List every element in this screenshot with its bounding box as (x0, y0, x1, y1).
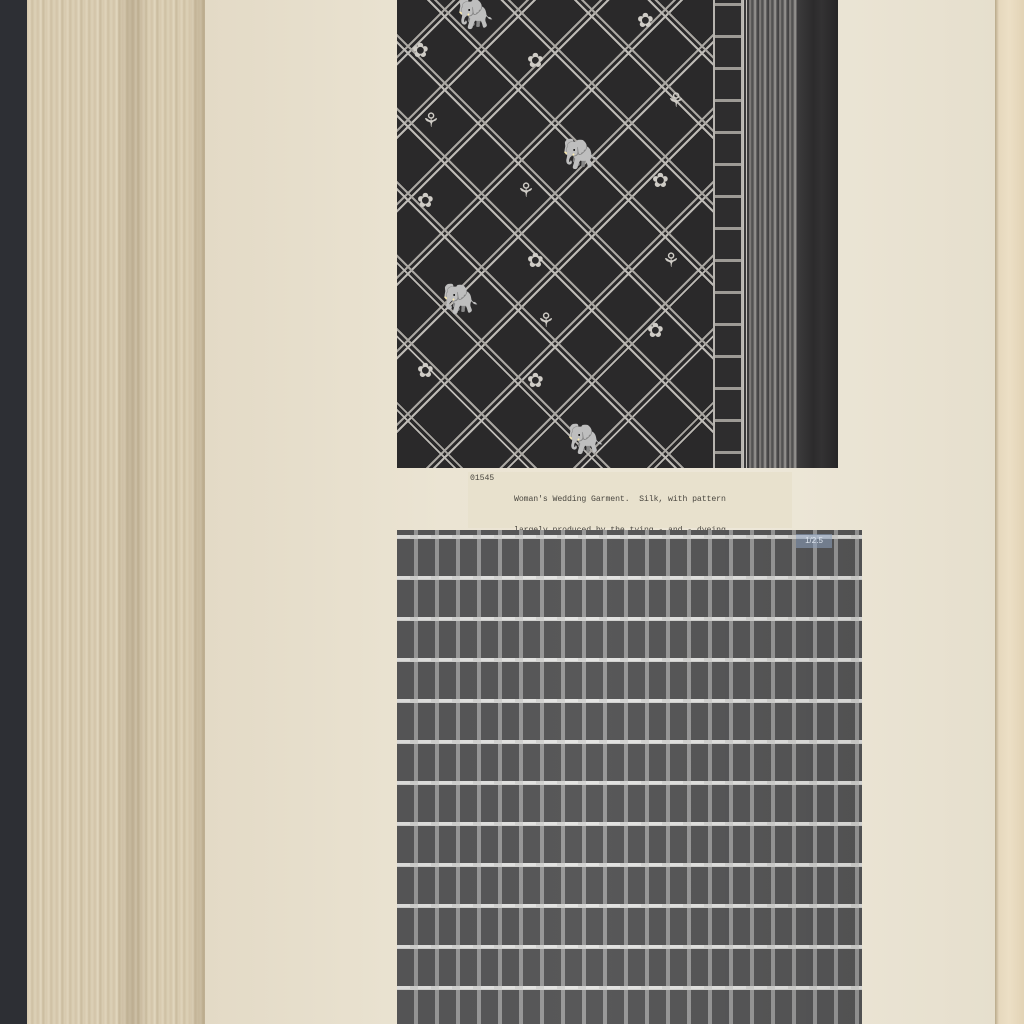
tree-motif-icon: ⚘ (537, 310, 555, 330)
patola-inner-border (713, 0, 743, 468)
flower-motif-icon: ✿ (647, 320, 664, 340)
elephant-motif-icon: 🐘 (567, 425, 604, 455)
photo-shading (397, 530, 862, 1024)
elephant-motif-icon: 🐘 (562, 140, 599, 170)
elephant-motif-icon: 🐘 (457, 0, 494, 30)
flower-motif-icon: ✿ (417, 190, 434, 210)
tree-motif-icon: ⚘ (662, 250, 680, 270)
typed-caption: 01545 Woman's Wedding Garment. Silk, wit… (468, 472, 792, 528)
flower-motif-icon: ✿ (527, 50, 544, 70)
flower-motif-icon: ✿ (417, 360, 434, 380)
upper-textile-photo: 🐘 🐘 🐘 🐘 ✿ ✿ ✿ ✿ ✿ ✿ ✿ ✿ ✿ ⚘ ⚘ ⚘ ⚘ ⚘ (397, 0, 838, 468)
page-stack-edges (27, 0, 205, 1024)
flower-motif-icon: ✿ (527, 250, 544, 270)
patola-selvage-band (797, 0, 838, 468)
gutter-shadow (117, 0, 147, 1024)
scanner-background (0, 0, 27, 1024)
flower-motif-icon: ✿ (412, 40, 429, 60)
tree-motif-icon: ⚘ (667, 90, 685, 110)
elephant-motif-icon: 🐘 (442, 285, 479, 315)
scanned-page: 🐘 🐘 🐘 🐘 ✿ ✿ ✿ ✿ ✿ ✿ ✿ ✿ ✿ ⚘ ⚘ ⚘ ⚘ ⚘ 0154… (0, 0, 1024, 1024)
right-page-edge (995, 0, 1024, 1024)
caption-line: Woman's Wedding Garment. Silk, with patt… (514, 495, 790, 505)
page-edge-shadow (191, 0, 205, 1024)
patola-striped-edge (749, 0, 797, 468)
accession-label: 1/2.5 (796, 534, 832, 548)
tree-motif-icon: ⚘ (517, 180, 535, 200)
tree-motif-icon: ⚘ (422, 110, 440, 130)
patola-lattice-field: 🐘 🐘 🐘 🐘 ✿ ✿ ✿ ✿ ✿ ✿ ✿ ✿ ✿ ⚘ ⚘ ⚘ ⚘ ⚘ (397, 0, 713, 468)
flower-motif-icon: ✿ (527, 370, 544, 390)
catalog-number: 01545 (470, 474, 510, 484)
flower-motif-icon: ✿ (652, 170, 669, 190)
lower-textile-photo (397, 530, 862, 1024)
flower-motif-icon: ✿ (637, 10, 654, 30)
